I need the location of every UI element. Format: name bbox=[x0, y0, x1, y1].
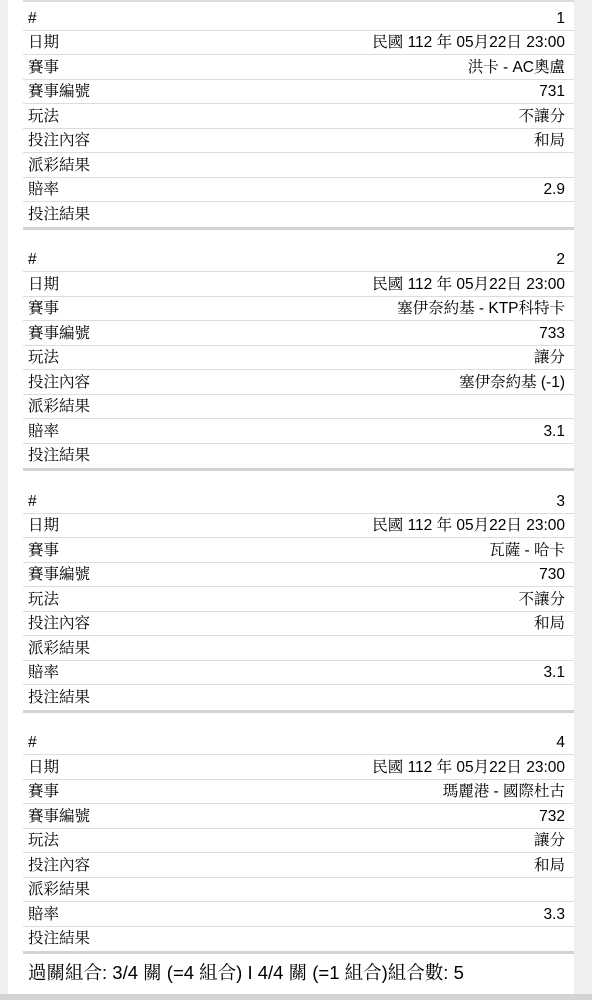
row-label: 派彩結果 bbox=[28, 158, 90, 174]
bet-card-1: # 1 日期 民國 112 年 05月22日 23:00 賽事 洪卡 - AC奧… bbox=[8, 2, 574, 230]
row-label: 投注結果 bbox=[28, 690, 90, 706]
row-label: 玩法 bbox=[28, 833, 59, 849]
row-label: 玩法 bbox=[28, 350, 59, 366]
row-value: 730 bbox=[539, 567, 565, 583]
bet-row-date: 日期 民國 112 年 05月22日 23:00 bbox=[8, 755, 574, 780]
bet-row-play-type: 玩法 讓分 bbox=[8, 829, 574, 854]
bet-row-bet-result: 投注結果 bbox=[8, 685, 574, 710]
row-label: 賽事 bbox=[28, 301, 59, 317]
row-value: 4 bbox=[556, 735, 565, 751]
bet-row-date: 日期 民國 112 年 05月22日 23:00 bbox=[8, 31, 574, 56]
row-value: 讓分 bbox=[534, 833, 565, 849]
row-label: 投注結果 bbox=[28, 207, 90, 223]
row-value: 3.1 bbox=[543, 424, 565, 440]
row-label: 派彩結果 bbox=[28, 882, 90, 898]
row-value: 和局 bbox=[534, 858, 565, 874]
row-value: 塞伊奈約基 - KTP科特卡 bbox=[397, 301, 565, 317]
bet-row-odds: 賠率 3.1 bbox=[8, 661, 574, 686]
bet-card-4: # 4 日期 民國 112 年 05月22日 23:00 賽事 瑪麗港 - 國際… bbox=[8, 731, 574, 955]
bet-row-date: 日期 民國 112 年 05月22日 23:00 bbox=[8, 272, 574, 297]
row-label: # bbox=[28, 735, 37, 751]
row-value: 732 bbox=[539, 809, 565, 825]
row-value: 3.3 bbox=[543, 907, 565, 923]
bet-row-event: 賽事 瑪麗港 - 國際杜古 bbox=[8, 780, 574, 805]
row-label: 日期 bbox=[28, 35, 59, 51]
row-label: 賽事編號 bbox=[28, 84, 90, 100]
bet-row-bet-result: 投注結果 bbox=[8, 444, 574, 469]
bet-row-number: # 3 bbox=[8, 489, 574, 514]
bet-row-event: 賽事 塞伊奈約基 - KTP科特卡 bbox=[8, 297, 574, 322]
row-label: 投注內容 bbox=[28, 616, 90, 632]
row-label: 派彩結果 bbox=[28, 399, 90, 415]
bet-row-payout-result: 派彩結果 bbox=[8, 153, 574, 178]
row-label: # bbox=[28, 11, 37, 27]
bet-row-bet-content: 投注內容 和局 bbox=[8, 612, 574, 637]
row-label: 賽事 bbox=[28, 60, 59, 76]
row-value: 731 bbox=[539, 84, 565, 100]
bet-list-content: # 1 日期 民國 112 年 05月22日 23:00 賽事 洪卡 - AC奧… bbox=[8, 0, 574, 1000]
row-label: 投注內容 bbox=[28, 133, 90, 149]
bet-row-event-id: 賽事編號 730 bbox=[8, 563, 574, 588]
row-label: 玩法 bbox=[28, 109, 59, 125]
bet-row-bet-result: 投注結果 bbox=[8, 202, 574, 227]
bet-row-play-type: 玩法 不讓分 bbox=[8, 587, 574, 612]
bet-row-payout-result: 派彩結果 bbox=[8, 636, 574, 661]
row-label: 賽事編號 bbox=[28, 567, 90, 583]
bottom-divider bbox=[0, 994, 592, 1000]
row-value: 讓分 bbox=[534, 350, 565, 366]
row-value: 瑪麗港 - 國際杜古 bbox=[443, 784, 565, 800]
card-end-divider bbox=[23, 951, 574, 954]
row-label: 玩法 bbox=[28, 592, 59, 608]
bet-row-number: # 2 bbox=[8, 248, 574, 273]
row-value: 民國 112 年 05月22日 23:00 bbox=[372, 35, 565, 51]
row-label: 賽事 bbox=[28, 543, 59, 559]
row-label: 日期 bbox=[28, 518, 59, 534]
row-label: 投注結果 bbox=[28, 448, 90, 464]
row-value: 和局 bbox=[534, 616, 565, 632]
row-value: 3 bbox=[556, 494, 565, 510]
row-value: 3.1 bbox=[543, 665, 565, 681]
bet-row-odds: 賠率 3.1 bbox=[8, 419, 574, 444]
row-label: 賽事編號 bbox=[28, 809, 90, 825]
row-label: 賠率 bbox=[28, 907, 59, 923]
bet-row-date: 日期 民國 112 年 05月22日 23:00 bbox=[8, 514, 574, 539]
bet-row-number: # 4 bbox=[8, 731, 574, 756]
row-label: 日期 bbox=[28, 760, 59, 776]
bet-row-bet-content: 投注內容 和局 bbox=[8, 853, 574, 878]
card-end-divider bbox=[23, 468, 574, 471]
bet-row-play-type: 玩法 不讓分 bbox=[8, 104, 574, 129]
bet-row-number: # 1 bbox=[8, 6, 574, 31]
row-value: 不讓分 bbox=[518, 592, 565, 608]
card-end-divider bbox=[23, 227, 574, 230]
row-label: 賽事 bbox=[28, 784, 59, 800]
row-label: 投注內容 bbox=[28, 858, 90, 874]
bet-row-event-id: 賽事編號 731 bbox=[8, 80, 574, 105]
bet-row-bet-result: 投注結果 bbox=[8, 927, 574, 952]
row-value: 2 bbox=[556, 252, 565, 268]
bet-row-payout-result: 派彩結果 bbox=[8, 395, 574, 420]
bet-row-odds: 賠率 2.9 bbox=[8, 178, 574, 203]
row-label: 賠率 bbox=[28, 182, 59, 198]
row-value: 民國 112 年 05月22日 23:00 bbox=[372, 277, 565, 293]
row-value: 塞伊奈約基 (-1) bbox=[459, 375, 565, 391]
row-label: 投注內容 bbox=[28, 375, 90, 391]
row-value: 民國 112 年 05月22日 23:00 bbox=[372, 760, 565, 776]
row-label: # bbox=[28, 494, 37, 510]
bet-row-payout-result: 派彩結果 bbox=[8, 878, 574, 903]
row-label: 日期 bbox=[28, 277, 59, 293]
bet-card-2: # 2 日期 民國 112 年 05月22日 23:00 賽事 塞伊奈約基 - … bbox=[8, 248, 574, 472]
bet-row-event: 賽事 瓦薩 - 哈卡 bbox=[8, 538, 574, 563]
parlay-summary: 過關組合: 3/4 關 (=4 組合) I 4/4 關 (=1 組合)組合數: … bbox=[8, 962, 574, 984]
row-label: 賠率 bbox=[28, 424, 59, 440]
row-value: 民國 112 年 05月22日 23:00 bbox=[372, 518, 565, 534]
bet-row-play-type: 玩法 讓分 bbox=[8, 346, 574, 371]
row-value: 和局 bbox=[534, 133, 565, 149]
row-value: 瓦薩 - 哈卡 bbox=[489, 543, 565, 559]
bet-row-odds: 賠率 3.3 bbox=[8, 902, 574, 927]
bet-row-event-id: 賽事編號 732 bbox=[8, 804, 574, 829]
bet-row-bet-content: 投注內容 塞伊奈約基 (-1) bbox=[8, 370, 574, 395]
row-value: 洪卡 - AC奧盧 bbox=[468, 60, 565, 76]
row-label: # bbox=[28, 252, 37, 268]
row-value: 不讓分 bbox=[518, 109, 565, 125]
bet-row-event: 賽事 洪卡 - AC奧盧 bbox=[8, 55, 574, 80]
row-value: 733 bbox=[539, 326, 565, 342]
row-value: 2.9 bbox=[543, 182, 565, 198]
parlay-summary-text: 過關組合: 3/4 關 (=4 組合) I 4/4 關 (=1 組合)組合數: … bbox=[28, 962, 464, 983]
row-value: 1 bbox=[556, 11, 565, 27]
bet-row-bet-content: 投注內容 和局 bbox=[8, 129, 574, 154]
bet-card-3: # 3 日期 民國 112 年 05月22日 23:00 賽事 瓦薩 - 哈卡 … bbox=[8, 489, 574, 713]
bet-row-event-id: 賽事編號 733 bbox=[8, 321, 574, 346]
row-label: 派彩結果 bbox=[28, 641, 90, 657]
card-end-divider bbox=[23, 710, 574, 713]
row-label: 賠率 bbox=[28, 665, 59, 681]
row-label: 投注結果 bbox=[28, 931, 90, 947]
row-label: 賽事編號 bbox=[28, 326, 90, 342]
